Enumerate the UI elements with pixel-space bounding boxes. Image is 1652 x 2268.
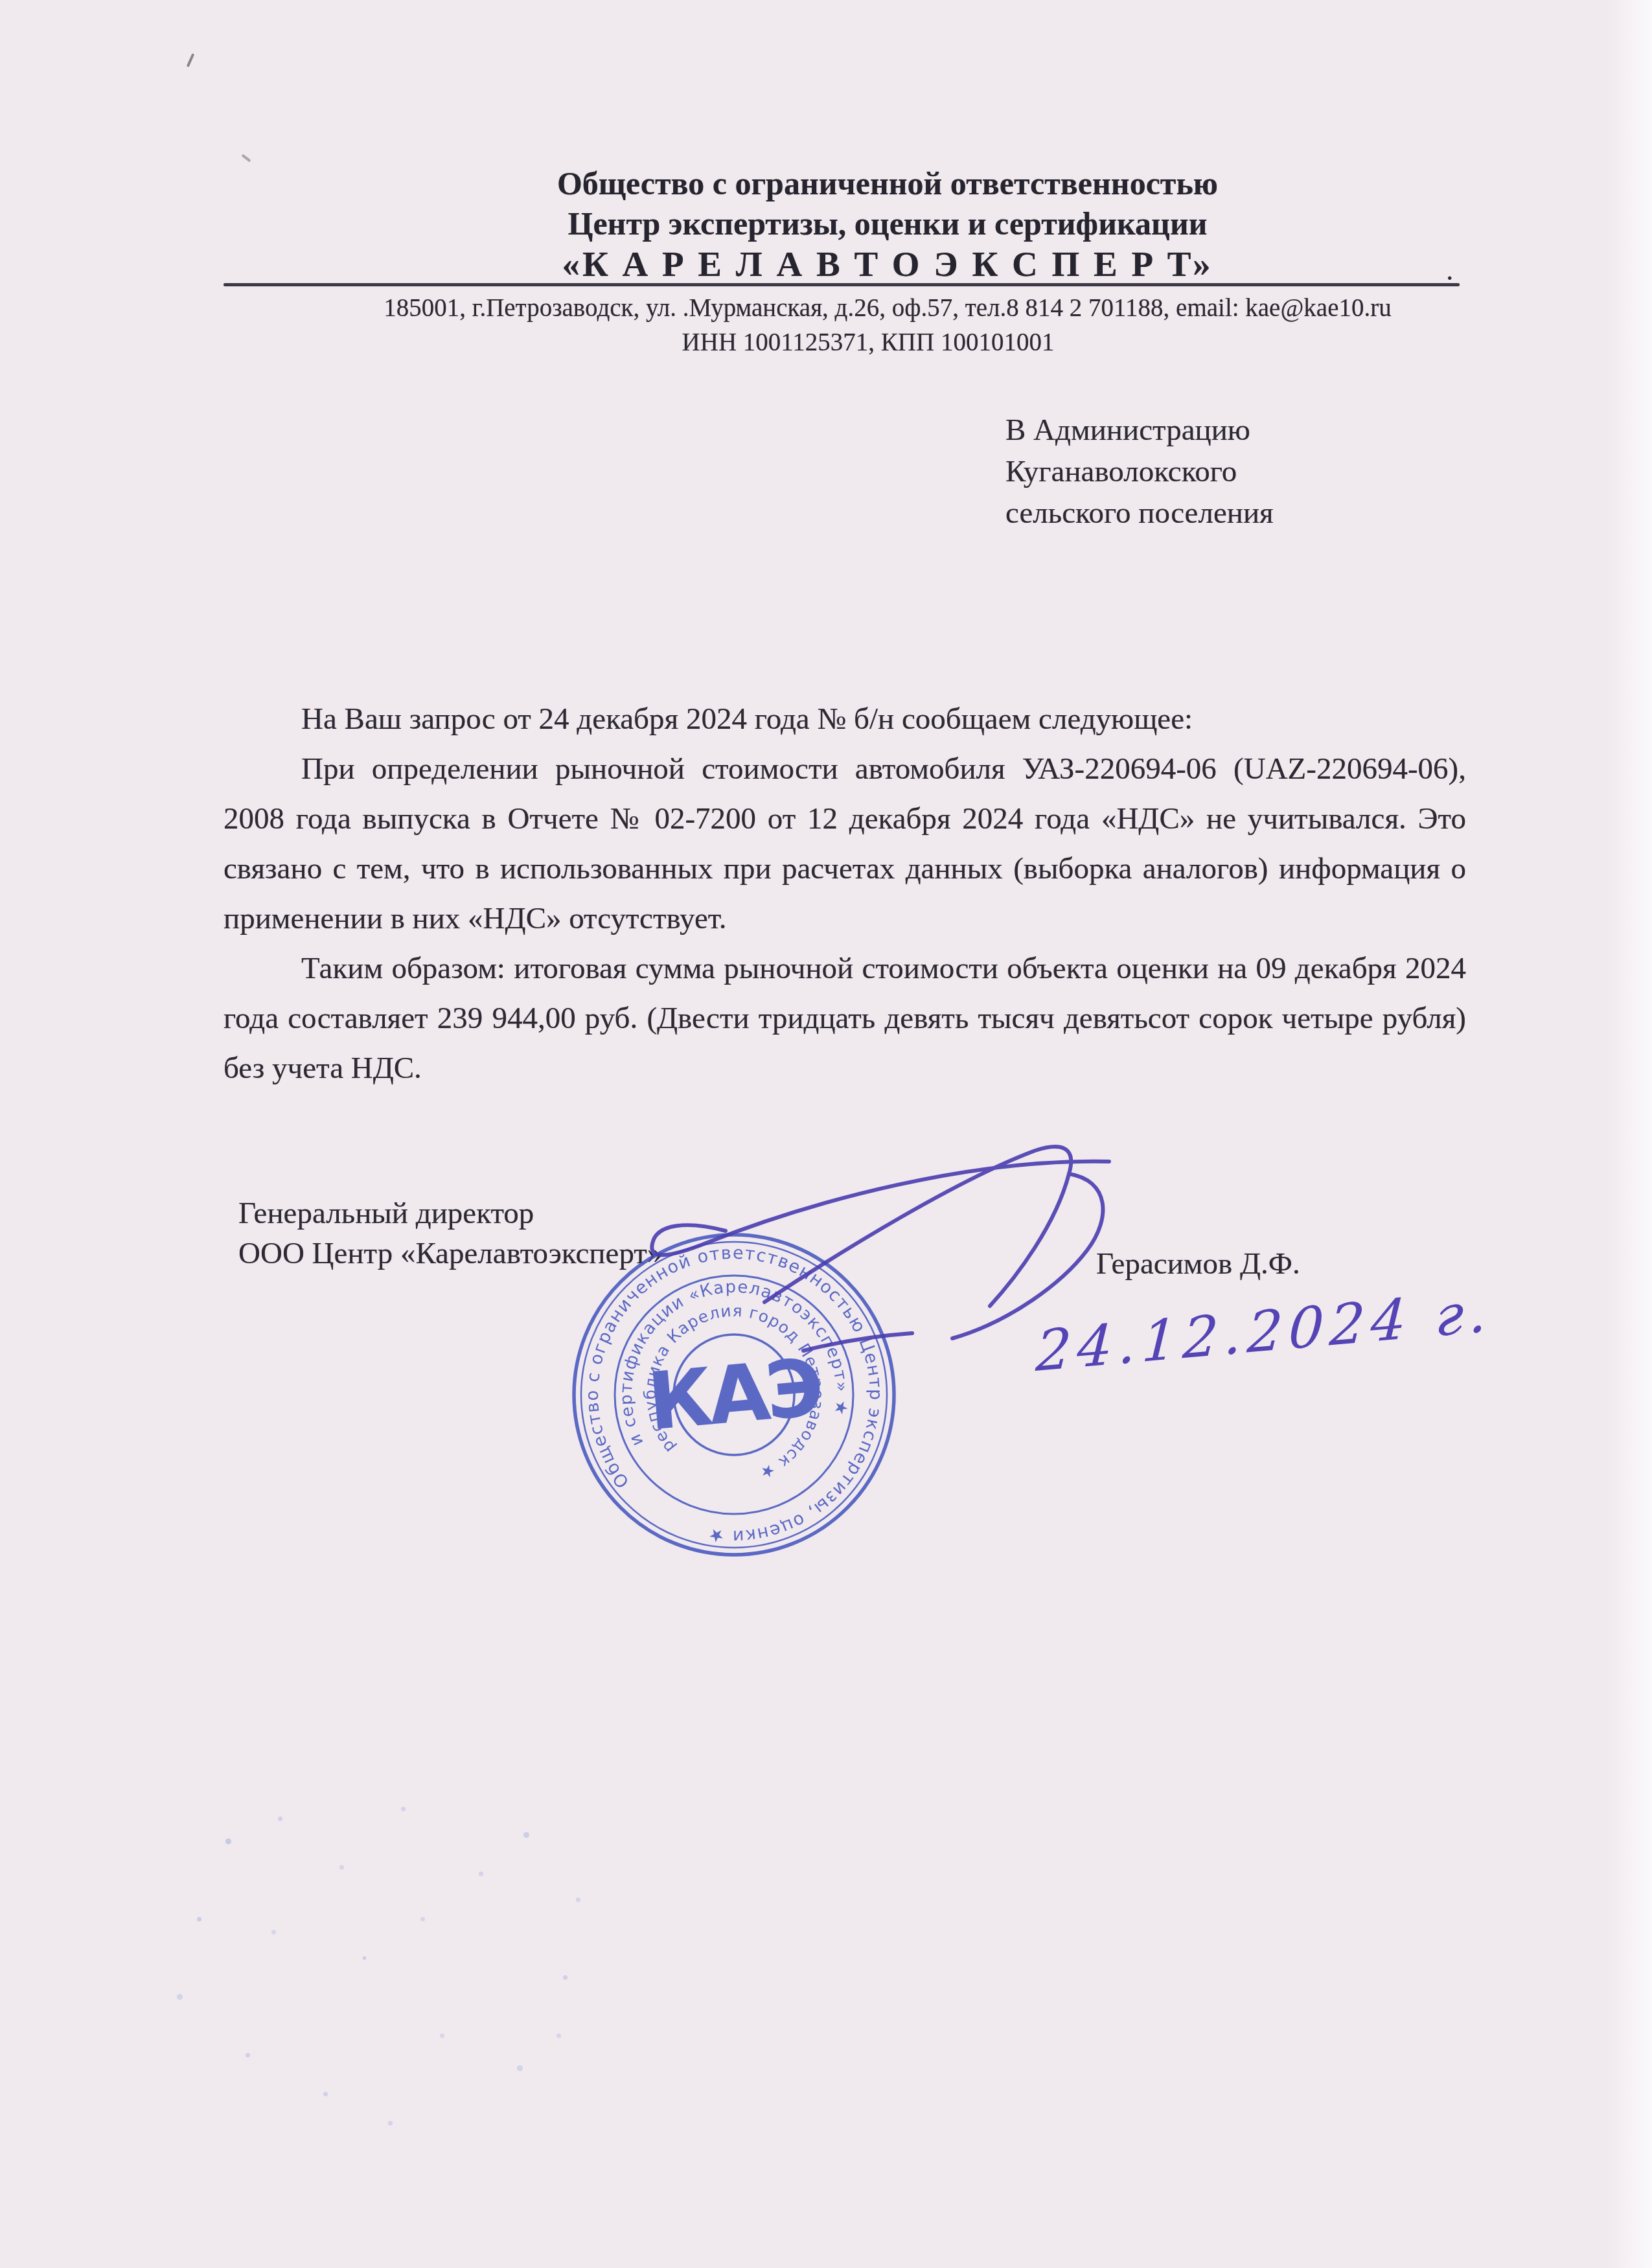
signature-stroke — [952, 1174, 1103, 1338]
recipient-line-3: сельского поселения — [1005, 492, 1274, 534]
company-type: Общество с ограниченной ответственностью — [272, 163, 1503, 203]
recipient-line-2: Куганаволокского — [1005, 451, 1274, 492]
letter-body: На Ваш запрос от 24 декабря 2024 года № … — [224, 694, 1466, 1094]
company-stamp: Общество с ограниченной ответственностью… — [553, 1213, 915, 1576]
company-activity: Центр экспертизы, оценки и сертификации — [272, 203, 1503, 244]
letterhead: Общество с ограниченной ответственностью… — [272, 163, 1503, 285]
body-paragraph-1: На Ваш запрос от 24 декабря 2024 года № … — [224, 694, 1466, 744]
recipient-block: В Администрацию Куганаволокского сельско… — [1005, 409, 1274, 534]
company-inn-kpp: ИНН 1001125371, КПП 100101001 — [253, 327, 1484, 358]
scan-artifact-dash — [241, 154, 251, 162]
stamp-monogram: КАЭ — [644, 1342, 824, 1449]
scan-artifact-tick — [187, 53, 195, 67]
letterhead-rule — [224, 283, 1460, 286]
scanned-letter-page: Общество с ограниченной ответственностью… — [0, 0, 1652, 2268]
body-paragraph-2: При определении рыночной стоимости автом… — [224, 744, 1466, 944]
ghost-stamp-speckles — [363, 1956, 366, 1960]
body-paragraph-3: Таким образом: итоговая сумма рыночной с… — [224, 944, 1466, 1094]
signoff-name: Герасимов Д.Ф. — [1096, 1246, 1300, 1281]
recipient-line-1: В Администрацию — [1005, 409, 1274, 451]
scanner-edge-strip — [1607, 0, 1652, 2268]
letterhead-rule-period: . — [1446, 253, 1454, 287]
handwritten-date: 24.12.2024 г. — [1035, 1279, 1495, 1385]
company-name: «К А Р Е Л А В Т О Э К С П Е Р Т» — [272, 244, 1503, 285]
company-address: 185001, г.Петрозаводск, ул. .Мурманская,… — [272, 292, 1503, 325]
